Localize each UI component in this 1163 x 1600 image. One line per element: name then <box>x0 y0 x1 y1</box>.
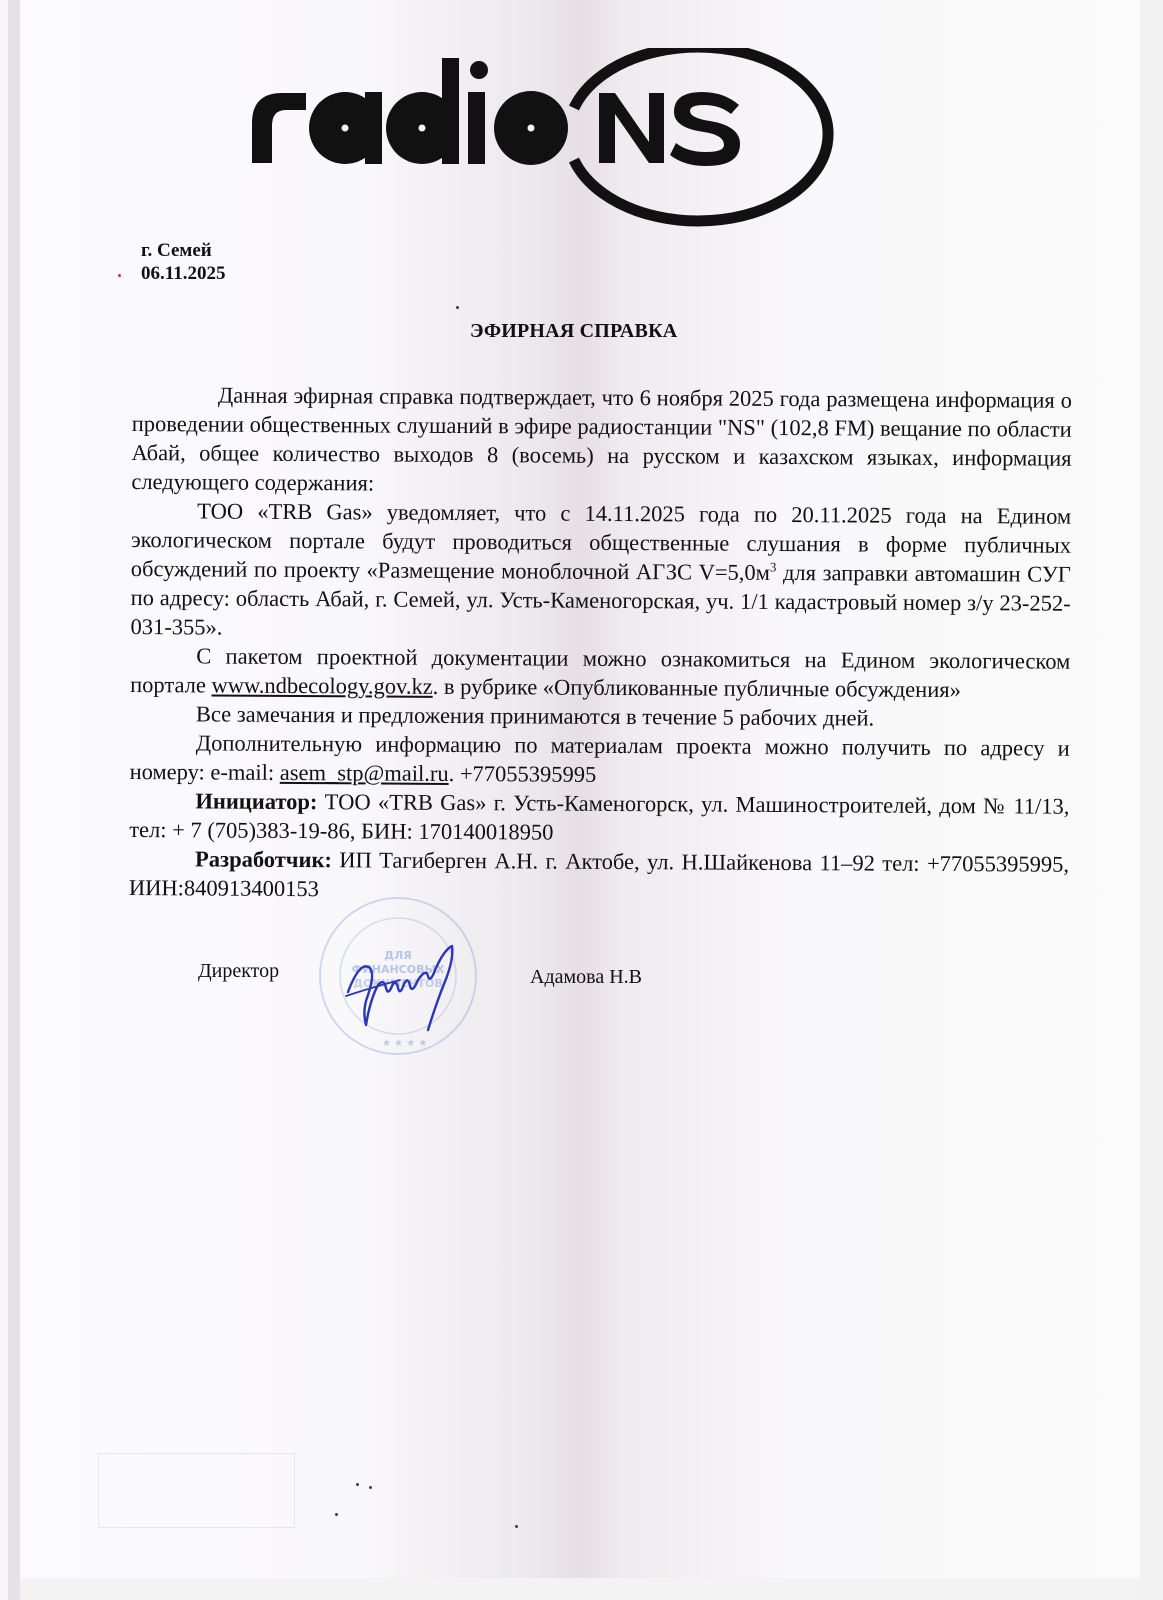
radio-ns-logo-icon <box>244 48 854 228</box>
scan-right-edge <box>1140 0 1163 1600</box>
signature-icon <box>340 940 470 1040</box>
paragraph-contact-info: Дополнительную информацию по материалам … <box>130 728 1070 792</box>
scan-left-edge <box>8 0 20 1600</box>
email-link[interactable]: asem_stp@mail.ru <box>280 760 449 786</box>
paragraph-broadcast-confirmation: Данная эфирная справка подтверждает, что… <box>131 380 1072 502</box>
speck <box>118 274 121 277</box>
ecology-portal-link[interactable]: www.ndbecology.gov.kz <box>211 672 432 698</box>
paragraph-hearings-notice: ТОО «TRB Gas» уведомляет, что с 14.11.20… <box>130 496 1071 647</box>
document-date: 06.11.2025 <box>141 263 225 285</box>
speck <box>335 1513 338 1516</box>
director-position: Директор <box>198 960 279 983</box>
developer-label: Разработчик: <box>195 846 332 872</box>
document-title: ЭФИРНАЯ СПРАВКА <box>470 320 677 343</box>
initiator-label: Инициатор: <box>195 788 317 814</box>
speck <box>515 1525 518 1528</box>
speck <box>456 306 459 309</box>
paragraph-documentation: С пакетом проектной документации можно о… <box>130 641 1070 705</box>
paragraph-developer: Разработчик: ИП Тагиберген А.Н. г. Актоб… <box>129 844 1069 908</box>
speck <box>369 1486 372 1489</box>
documentation-text-cont: . в рубрике «Опубликованные публичные об… <box>433 674 961 702</box>
document-city: г. Семей <box>141 240 212 262</box>
director-name: Адамова Н.В <box>530 966 642 989</box>
document-body: Данная эфирная справка подтверждает, что… <box>129 380 1072 908</box>
scan-bottom-edge <box>20 1578 1140 1600</box>
speck <box>356 1483 359 1486</box>
paragraph-initiator: Инициатор: ТОО «TRB Gas» г. Усть-Каменог… <box>129 786 1069 850</box>
signature-row: Директор Адамова Н.В <box>198 960 898 990</box>
faint-bleedthrough-stamp <box>98 1453 295 1528</box>
contact-info-text: Дополнительную информацию по материалам … <box>130 730 1070 785</box>
contact-phone: . +77055395995 <box>449 761 597 787</box>
